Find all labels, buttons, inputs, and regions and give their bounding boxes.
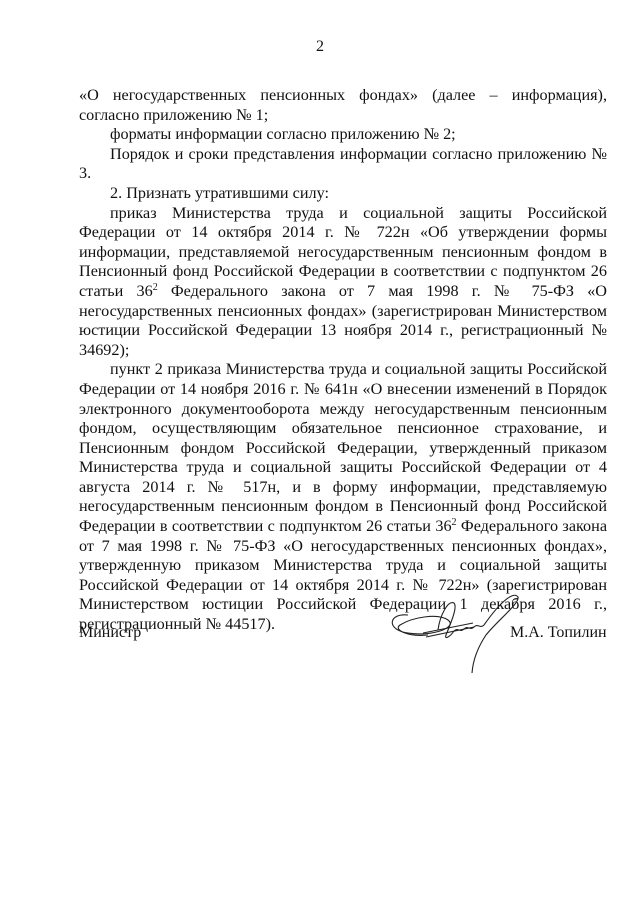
signer-name: М.А. Топилин xyxy=(510,624,607,642)
signer-title: Министр xyxy=(79,624,141,642)
paragraph-4: 2. Признать утратившими силу: xyxy=(79,184,607,204)
paragraph-6-text-a: пункт 2 приказа Министерства труда и соц… xyxy=(79,360,607,535)
paragraph-1: «О негосударственных пенсионных фондах» … xyxy=(79,86,607,125)
paragraph-2: форматы информации согласно приложению №… xyxy=(79,125,607,145)
document-body: «О негосударственных пенсионных фондах» … xyxy=(79,86,607,635)
paragraph-5: приказ Министерства труда и социальной з… xyxy=(79,204,607,361)
page-number: 2 xyxy=(0,38,640,56)
paragraph-3: Порядок и сроки представления информации… xyxy=(79,145,607,184)
paragraph-5-text-b: Федерального закона от 7 мая 1998 г. № 7… xyxy=(79,282,607,359)
